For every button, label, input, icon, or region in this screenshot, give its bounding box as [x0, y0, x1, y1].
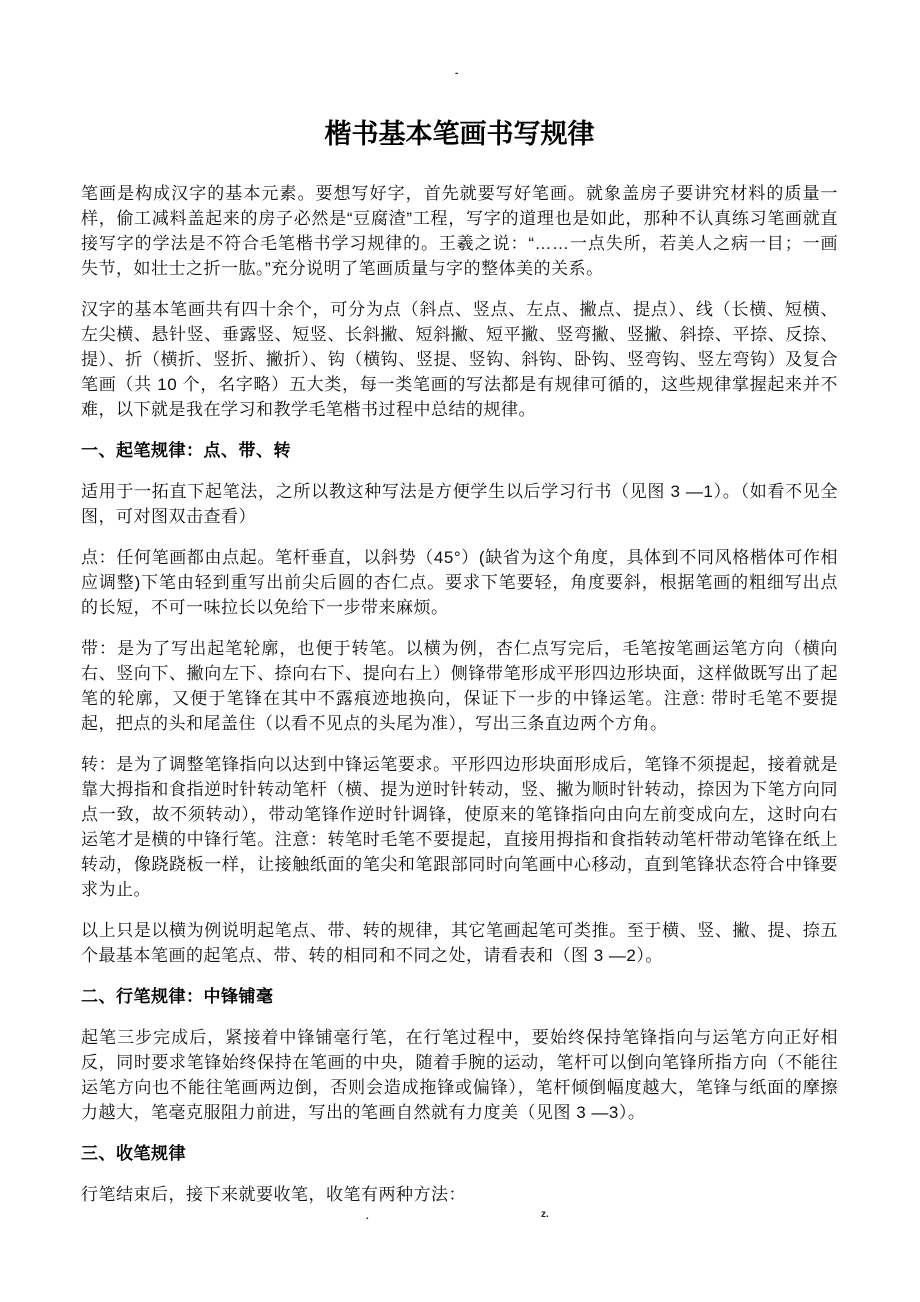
section-2-heading: 二、行笔规律：中锋铺毫 [81, 984, 838, 1009]
footer-stray-dot: . [366, 1212, 369, 1222]
dot-rule-paragraph: 点：任何笔画都由点起。笔杆垂直，以斜势（45°）(缺省为这个角度，具体到不同风格… [81, 545, 838, 620]
document-body: 楷书基本笔画书写规律 笔画是构成汉字的基本元素。要想写好字，首先就要写好笔画。就… [81, 0, 838, 1223]
section-2-paragraph: 起笔三步完成后，紧接着中锋铺毫行笔，在行笔过程中，要始终保持笔锋指向与运笔方向正… [81, 1025, 838, 1125]
document-title: 楷书基本笔画书写规律 [81, 0, 838, 152]
footer-stray-z-mark: z. [541, 1210, 549, 1220]
stroke-categories-paragraph: 汉字的基本笔画共有四十余个，可分为点（斜点、竖点、左点、撇点、提点）、线（长横、… [81, 297, 838, 422]
section-1-intro-paragraph: 适用于一拓直下起笔法，之所以教这种写法是方便学生以后学习行书（见图 3 —1）。… [81, 479, 838, 529]
section-1-summary-paragraph: 以上只是以横为例说明起笔点、带、转的规律，其它笔画起笔可类推。至于横、竖、撇、提… [81, 918, 838, 968]
document-page: - 楷书基本笔画书写规律 笔画是构成汉字的基本元素。要想写好字，首先就要写好笔画… [0, 0, 920, 1302]
intro-paragraph: 笔画是构成汉字的基本元素。要想写好字，首先就要写好笔画。就象盖房子要讲究材料的质… [81, 181, 838, 281]
dai-rule-paragraph: 带：是为了写出起笔轮廓，也便于转笔。以横为例，杏仁点写完后，毛笔按笔画运笔方向（… [81, 636, 838, 736]
zhuan-rule-paragraph: 转：是为了调整笔锋指向以达到中锋运笔要求。平形四边形块面形成后，笔锋不须提起，接… [81, 752, 838, 902]
section-3-heading: 三、收笔规律 [81, 1141, 838, 1166]
section-3-paragraph: 行笔结束后，接下来就要收笔，收笔有两种方法： [81, 1182, 838, 1207]
section-1-heading: 一、起笔规律：点、带、转 [81, 438, 838, 463]
